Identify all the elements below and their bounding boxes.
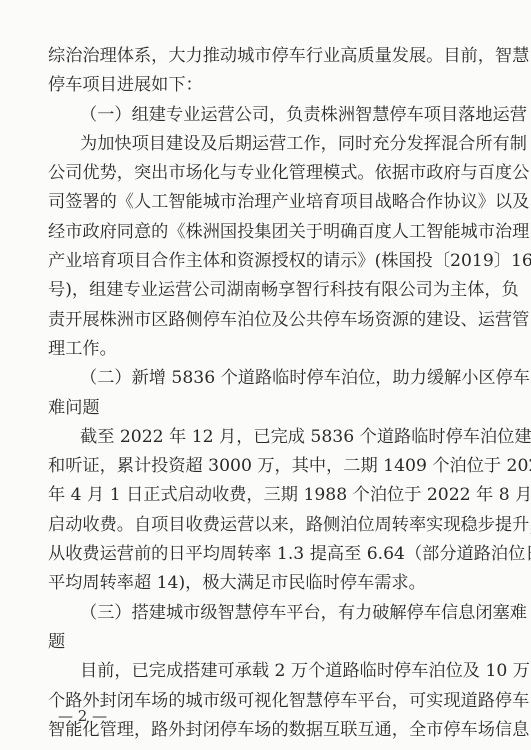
text-line: 经市政府同意的《株洲国投集团关于明确百度人工智能城市治理 [48,218,484,247]
section-heading-3-cont: 题 [48,628,484,657]
text-line: 智能化管理，路外封闭停车场的数据互联互通，全市停车场信息 [48,716,484,745]
text-line: 为加快项目建设及后期运营工作，同时充分发挥混合所有制 [48,130,484,159]
section-heading-1: （一）组建专业运营公司，负责株洲智慧停车项目落地运营 [48,101,484,130]
text-line: 平均周转率超 14)，极大满足市民临时停车需求。 [48,569,484,598]
text-line: 理工作。 [48,335,484,364]
text-line: 综治治理体系，大力推动城市停车行业高质量发展。目前，智慧 [48,42,484,71]
page-number: — 2 — [58,707,107,725]
text-line: 司签署的《人工智能城市治理产业培育项目战略合作协议》以及 [48,188,484,217]
text-line: 号)，组建专业运营公司湖南畅享智行科技有限公司为主体，负 [48,276,484,305]
text-line: 和听证，累计投资超 3000 万，其中，二期 1409 个泊位于 2022 [48,452,484,481]
section-heading-2: （二）新增 5836 个道路临时停车泊位，助力缓解小区停车 [48,364,484,393]
text-line: 产业培育项目合作主体和资源授权的请示》(株国投〔2019〕163 [48,247,484,276]
text-line: 停车项目进展如下： [48,71,484,100]
text-line: 公司优势，突出市场化与专业化管理模式。依据市政府与百度公 [48,159,484,188]
text-line: 从收费运营前的日平均周转率 1.3 提高至 6.64（部分道路泊位日 [48,540,484,569]
text-line: 目前，已完成搭建可承载 2 万个道路临时停车泊位及 10 万 [48,657,484,686]
section-heading-3: （三）搭建城市级智慧停车平台，有力破解停车信息闭塞难 [48,599,484,628]
text-line: 责开展株洲市区路侧停车泊位及公共停车场资源的建设、运营管 [48,306,484,335]
text-line: 个路外封闭车场的城市级可视化智慧停车平台，可实现道路停车 [48,687,484,716]
text-line: 启动收费。自项目收费运营以来，路侧泊位周转率实现稳步提升， [48,511,484,540]
document-body: 综治治理体系，大力推动城市停车行业高质量发展。目前，智慧 停车项目进展如下： （… [48,42,484,745]
text-line: 截至 2022 年 12 月，已完成 5836 个道路临时停车泊位建设 [48,423,484,452]
section-heading-2-cont: 难问题 [48,394,484,423]
text-line: 年 4 月 1 日正式启动收费，三期 1988 个泊位于 2022 年 8 月 … [48,481,484,510]
